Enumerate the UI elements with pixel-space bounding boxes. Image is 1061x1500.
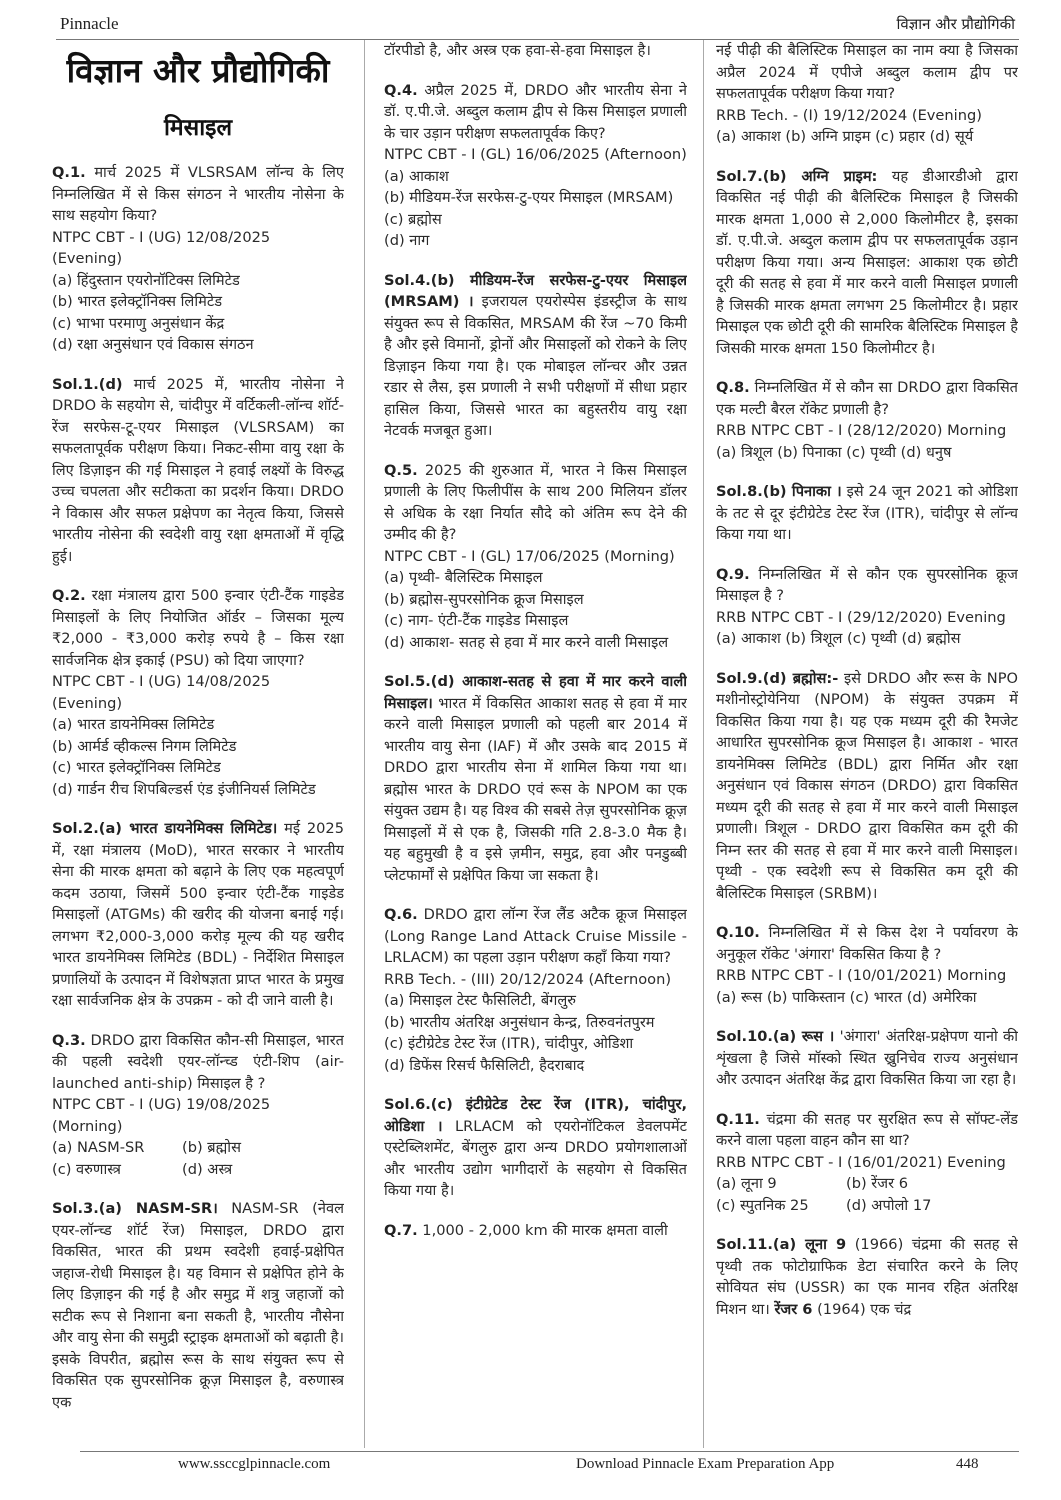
column-3: नई पीढ़ी की बैलिस्टिक मिसाइल का नाम क्या…: [716, 40, 1018, 1448]
question-number: Q.2.: [52, 587, 86, 604]
question-8: Q.8. निम्नलिखित में से कौन सा DRDO द्वार…: [716, 377, 1018, 463]
exam-source: NTPC CBT - I (GL) 16/06/2025 (Afternoon): [384, 144, 687, 166]
question-number: Q.1.: [52, 164, 86, 181]
question-6: Q.6. DRDO द्वारा लॉन्ग रेंज लैंड अटैक क्…: [384, 904, 687, 1076]
solution-6: Sol.6.(c) इंटीग्रेटेड टेस्ट रेंज (ITR), …: [384, 1094, 687, 1202]
option-c: (c) वरुणास्त्र: [52, 1159, 182, 1181]
solution-9: Sol.9.(d) ब्रह्मोस:- इसे DRDO और रूस के …: [716, 668, 1018, 905]
option-b: (b) आर्मर्ड व्हीकल्स निगम लिमिटेड: [52, 736, 344, 758]
options-grid: (a) लूना 9 (b) रेंजर 6 (c) स्पुतनिक 25 (…: [716, 1173, 1018, 1216]
column-1: विज्ञान और प्रौद्योगिकी मिसाइल Q.1. मार्…: [52, 40, 344, 1448]
exam-source: NTPC CBT - I (UG) 12/08/2025 (Evening): [52, 227, 344, 270]
solution-3-continued: टॉरपीडो है, और अस्त्र एक हवा-से-हवा मिसा…: [384, 40, 687, 62]
option-c: (c) ब्रह्मोस: [384, 209, 687, 231]
option-c: (c) इंटीग्रेटेड टेस्ट रेंज (ITR), चांदीप…: [384, 1033, 687, 1055]
question-text: चंद्रमा की सतह पर सुरक्षित रूप से सॉफ्ट-…: [716, 1111, 1018, 1150]
solution-1: Sol.1.(d) मार्च 2025 में, भारतीय नोसेना …: [52, 374, 344, 568]
question-text: निम्नलिखित में से कौन सा DRDO द्वारा विक…: [716, 379, 1018, 418]
question-number: Q.8.: [716, 379, 750, 396]
exam-source: NTPC CBT - I (GL) 17/06/2025 (Morning): [384, 546, 687, 568]
question-number: Q.7.: [384, 1222, 418, 1239]
question-7-continued: नई पीढ़ी की बैलिस्टिक मिसाइल का नाम क्या…: [716, 40, 1018, 148]
exam-source: RRB Tech. - (III) 20/12/2024 (Afternoon): [384, 969, 687, 991]
option-b: (b) भारतीय अंतरिक्ष अनुसंधान केन्द्र, ति…: [384, 1012, 687, 1034]
option-a: (a) पृथ्वी- बैलिस्टिक मिसाइल: [384, 567, 687, 589]
solution-heading: Sol.7.(b) अग्नि प्राइम:: [716, 168, 877, 185]
page-number: 448: [956, 1456, 979, 1473]
option-d: (d) अस्त्र: [182, 1159, 344, 1181]
option-b: (b) ब्रह्मोस-सुपरसोनिक क्रूज मिसाइल: [384, 589, 687, 611]
question-text: 2025 की शुरुआत में, भारत ने किस मिसाइल प…: [384, 462, 687, 544]
option-c: (c) भारत इलेक्ट्रॉनिक्स लिमिटेड: [52, 757, 344, 779]
question-text: निम्नलिखित में से कौन एक सुपरसोनिक क्रूज…: [716, 566, 1018, 605]
question-10: Q.10. निम्नलिखित में से किस देश ने पर्या…: [716, 922, 1018, 1008]
question-7: Q.7. 1,000 - 2,000 km की मारक क्षमता वाल…: [384, 1220, 687, 1242]
running-header-subject: विज्ञान और प्रौद्योगिकी: [896, 14, 1015, 34]
app-promo: Download Pinnacle Exam Preparation App: [576, 1456, 834, 1473]
question-number: Q.11.: [716, 1111, 760, 1128]
option-a: (a) हिंदुस्तान एयरोनॉटिक्स लिमिटेड: [52, 270, 344, 292]
option-b: (b) रेंजर 6: [846, 1173, 1018, 1195]
publisher-name: Pinnacle: [60, 14, 119, 34]
exam-source: RRB Tech. - (I) 19/12/2024 (Evening): [716, 105, 1018, 127]
solution-3: Sol.3.(a) NASM-SR। NASM-SR (नेवल एयर-लॉन…: [52, 1198, 344, 1413]
option-a: (a) आकाश: [384, 166, 687, 188]
column-2: टॉरपीडो है, और अस्त्र एक हवा-से-हवा मिसा…: [384, 40, 687, 1448]
question-text: DRDO द्वारा विकसित कौन-सी मिसाइल, भारत क…: [52, 1032, 344, 1092]
option-a: (a) मिसाइल टेस्ट फैसिलिटी, बेंगलुरु: [384, 990, 687, 1012]
question-number: Q.4.: [384, 82, 418, 99]
question-text: अप्रैल 2025 में, DRDO और भारतीय सेना ने …: [384, 82, 687, 142]
question-text: 1,000 - 2,000 km की मारक क्षमता वाली: [422, 1222, 668, 1239]
solution-text: इजरायल एयरोस्पेस इंडस्ट्रीज के साथ संयुक…: [384, 293, 687, 439]
section-title: मिसाइल: [52, 108, 344, 148]
option-d: (d) डिफेंस रिसर्च फैसिलिटी, हैदराबाद: [384, 1055, 687, 1077]
solution-8: Sol.8.(b) पिनाका । इसे 24 जून 2021 को ओड…: [716, 481, 1018, 546]
solution-heading: Sol.2.(a) भारत डायनेमिक्स लिमिटेड।: [52, 820, 277, 837]
question-number: Q.3.: [52, 1032, 86, 1049]
exam-source: RRB NTPC CBT - I (29/12/2020) Evening: [716, 607, 1018, 629]
question-1: Q.1. मार्च 2025 में VLSRSAM लॉन्च के लिए…: [52, 162, 344, 356]
solution-heading: Sol.10.(a) रूस ।: [716, 1028, 834, 1045]
options-inline: (a) आकाश (b) त्रिशूल (c) पृथ्वी (d) ब्रह…: [716, 628, 1018, 650]
solution-heading: Sol.8.(b) पिनाका ।: [716, 483, 842, 500]
solution-11: Sol.11.(a) लूना 9 (1966) चंद्रमा की सतह …: [716, 1234, 1018, 1320]
option-b: (b) भारत इलेक्ट्रॉनिक्स लिमिटेड: [52, 291, 344, 313]
options-inline: (a) आकाश (b) अग्नि प्राइम (c) प्रहार (d)…: [716, 126, 1018, 148]
solution-text: भारत में विकसित आकाश सतह से हवा में मार …: [384, 695, 687, 884]
option-c: (c) स्पुतनिक 25: [716, 1195, 846, 1217]
option-c: (c) नाग- एंटी-टैंक गाइडेड मिसाइल: [384, 610, 687, 632]
question-3: Q.3. DRDO द्वारा विकसित कौन-सी मिसाइल, भ…: [52, 1030, 344, 1181]
solution-heading: Sol.3.(a) NASM-SR।: [52, 1200, 218, 1217]
question-2: Q.2. रक्षा मंत्रालय द्वारा 500 इन्वार एं…: [52, 585, 344, 800]
exam-source: RRB NTPC CBT - I (28/12/2020) Morning: [716, 420, 1018, 442]
solution-text: NASM-SR (नेवल एयर-लॉन्च्ड शॉर्ट रेंज) मि…: [52, 1200, 344, 1411]
question-number: Q.9.: [716, 566, 750, 583]
option-d: (d) गार्डन रीच शिपबिल्डर्स एंड इंजीनियर्…: [52, 779, 344, 801]
exam-source: RRB NTPC CBT - I (10/01/2021) Morning: [716, 965, 1018, 987]
option-a: (a) लूना 9: [716, 1173, 846, 1195]
page-header: Pinnacle विज्ञान और प्रौद्योगिकी: [56, 10, 1019, 40]
exam-source: RRB NTPC CBT - I (16/01/2021) Evening: [716, 1152, 1018, 1174]
solution-5: Sol.5.(d) आकाश-सतह से हवा में मार करने व…: [384, 671, 687, 886]
question-text: रक्षा मंत्रालय द्वारा 500 इन्वार एंटी-टै…: [52, 587, 344, 669]
chapter-title: विज्ञान और प्रौद्योगिकी: [52, 46, 344, 96]
option-d: (d) अपोलो 17: [846, 1195, 1018, 1217]
question-text: नई पीढ़ी की बैलिस्टिक मिसाइल का नाम क्या…: [716, 40, 1018, 105]
exam-source: NTPC CBT - I (UG) 14/08/2025 (Evening): [52, 671, 344, 714]
solution-text: इसे DRDO और रूस के NPO मशीनोस्ट्रोयेनिया…: [716, 670, 1018, 902]
column-divider: [703, 40, 704, 1448]
option-a: (a) NASM-SR: [52, 1137, 182, 1159]
question-text: निम्नलिखित में से किस देश ने पर्यावरण के…: [716, 924, 1018, 963]
option-d: (d) नाग: [384, 230, 687, 252]
question-5: Q.5. 2025 की शुरुआत में, भारत ने किस मिस…: [384, 460, 687, 654]
question-9: Q.9. निम्नलिखित में से कौन एक सुपरसोनिक …: [716, 564, 1018, 650]
question-4: Q.4. अप्रैल 2025 में, DRDO और भारतीय सेन…: [384, 80, 687, 252]
options-grid: (a) NASM-SR (b) ब्रह्मोस (c) वरुणास्त्र …: [52, 1137, 344, 1180]
solution-heading: Sol.9.(d) ब्रह्मोस:-: [716, 670, 838, 687]
solution-4: Sol.4.(b) मीडियम-रेंज सरफेस-टु-एयर मिसाइ…: [384, 270, 687, 442]
column-divider: [364, 40, 365, 1448]
option-b: (b) ब्रह्मोस: [182, 1137, 344, 1159]
question-11: Q.11. चंद्रमा की सतह पर सुरक्षित रूप से …: [716, 1109, 1018, 1217]
options-inline: (a) त्रिशूल (b) पिनाका (c) पृथ्वी (d) धन…: [716, 442, 1018, 464]
solution-7: Sol.7.(b) अग्नि प्राइम: यह डीआरडीओ द्वार…: [716, 166, 1018, 360]
question-number: Q.10.: [716, 924, 760, 941]
question-text: DRDO द्वारा लॉन्ग रेंज लैंड अटैक क्रूज म…: [384, 906, 687, 966]
question-text: मार्च 2025 में VLSRSAM लॉन्च के लिए निम्…: [52, 164, 344, 224]
question-number: Q.5.: [384, 462, 418, 479]
solution-bold-term: रेंजर 6: [774, 1301, 812, 1318]
solution-heading: Sol.11.(a) लूना 9: [716, 1236, 846, 1253]
solution-text: यह डीआरडीओ द्वारा विकसित नई पीढ़ी की बैल…: [716, 168, 1018, 357]
solution-text: मार्च 2025 में, भारतीय नोसेना ने DRDO के…: [52, 376, 344, 565]
option-b: (b) मीडियम-रेंज सरफेस-टु-एयर मिसाइल (MRS…: [384, 187, 687, 209]
website-link[interactable]: www.ssccglpinnacle.com: [178, 1456, 330, 1473]
option-d: (d) आकाश- सतह से हवा में मार करने वाली म…: [384, 632, 687, 654]
solution-text: मई 2025 में, रक्षा मंत्रालय (MoD), भारत …: [52, 820, 344, 1009]
page-footer: www.ssccglpinnacle.com Download Pinnacle…: [80, 1451, 1019, 1491]
option-a: (a) भारत डायनेमिक्स लिमिटेड: [52, 714, 344, 736]
question-number: Q.6.: [384, 906, 418, 923]
solution-2: Sol.2.(a) भारत डायनेमिक्स लिमिटेड। मई 20…: [52, 818, 344, 1012]
options-inline: (a) रूस (b) पाकिस्तान (c) भारत (d) अमेरि…: [716, 987, 1018, 1009]
solution-text-continued: (1964) एक चंद्र: [812, 1301, 911, 1318]
option-d: (d) रक्षा अनुसंधान एवं विकास संगठन: [52, 334, 344, 356]
exam-source: NTPC CBT - I (UG) 19/08/2025 (Morning): [52, 1094, 344, 1137]
option-c: (c) भाभा परमाणु अनुसंधान केंद्र: [52, 313, 344, 335]
solution-heading: Sol.1.(d): [52, 376, 123, 393]
solution-10: Sol.10.(a) रूस । 'अंगारा' अंतरिक्ष-प्रक्…: [716, 1026, 1018, 1091]
